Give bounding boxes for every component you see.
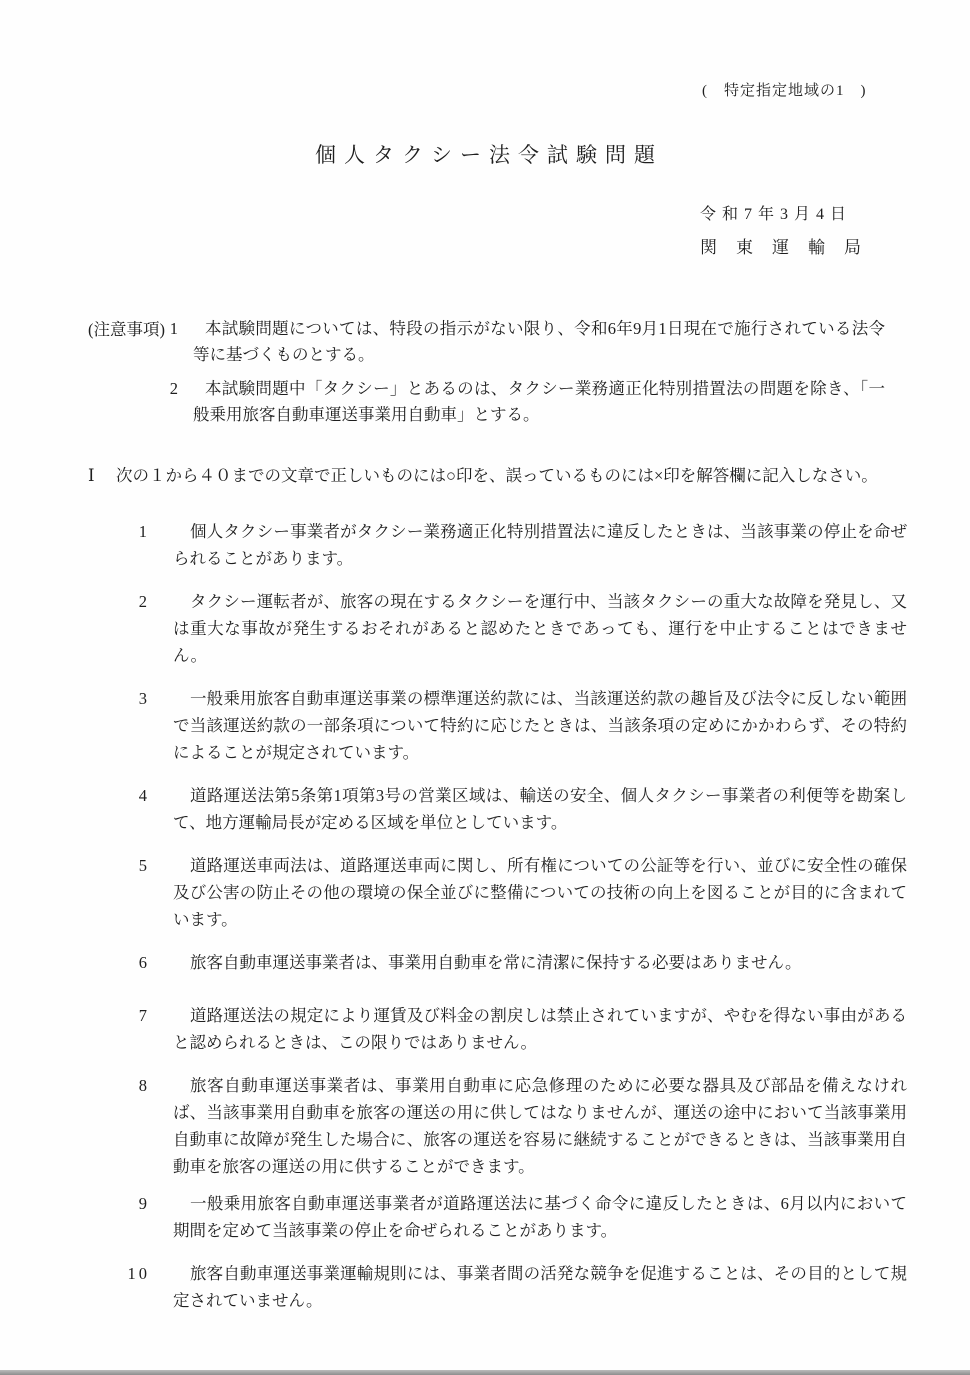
section-numeral: Ⅰ: [88, 462, 106, 489]
question-row: 6旅客自動車運送事業者は、事業用自動車を常に清潔に保持する必要はありません。: [0, 949, 970, 976]
question-text: 一般乗用旅客自動車運送事業の標準運送約款には、当該運送約款の趣旨及び法令に反しな…: [173, 685, 907, 766]
question-text: 旅客自動車運送事業者は、事業用自動車を常に清潔に保持する必要はありません。: [173, 949, 907, 976]
question-row: 7道路運送法の規定により運賃及び料金の割戻しは禁止されていますが、やむを得ない事…: [0, 1002, 970, 1056]
question-row: 1個人タクシー事業者がタクシー業務適正化特別措置法に違反したときは、当該事業の停…: [0, 518, 970, 572]
question-text: 個人タクシー事業者がタクシー業務適正化特別措置法に違反したときは、当該事業の停止…: [173, 518, 907, 572]
question-number: 3: [0, 685, 150, 766]
notice-item-text: 本試験問題については、特段の指示がない限り、令和6年9月1日現在で施行されている…: [193, 316, 885, 368]
question-row: 3一般乗用旅客自動車運送事業の標準運送約款には、当該運送約款の趣旨及び法令に反し…: [0, 685, 970, 766]
questions-list: 1個人タクシー事業者がタクシー業務適正化特別措置法に違反したときは、当該事業の停…: [0, 518, 970, 1330]
notice-item-number: 2: [88, 376, 178, 428]
question-row: 9一般乗用旅客自動車運送事業者が道路運送法に基づく命令に違反したときは、6月以内…: [0, 1190, 970, 1244]
notice-label: (注意事項): [88, 316, 165, 340]
document-page: ( 特定指定地域の1 ) 個人タクシー法令試験問題 令和7年3月4日 関東運輸局…: [0, 0, 970, 1375]
question-number: 7: [0, 1002, 150, 1056]
question-number: 8: [0, 1072, 150, 1180]
question-number: 9: [0, 1190, 150, 1244]
question-text: 旅客自動車運送事業者は、事業用自動車に応急修理のために必要な器具及び部品を備えな…: [173, 1072, 907, 1180]
question-row: 2タクシー運転者が、旅客の現在するタクシーを運行中、当該タクシーの重大な故障を発…: [0, 588, 970, 669]
notice-item: 2本試験問題中「タクシー」とあるのは、タクシー業務適正化特別措置法の問題を除き、…: [88, 376, 900, 428]
question-row: 4道路運送法第5条第1項第3号の営業区域は、輸送の安全、個人タクシー事業者の利便…: [0, 782, 970, 836]
question-number: 5: [0, 852, 150, 933]
notice-section: (注意事項) 1本試験問題については、特段の指示がない限り、令和6年9月1日現在…: [88, 316, 900, 436]
question-number: 4: [0, 782, 150, 836]
question-row: 8旅客自動車運送事業者は、事業用自動車に応急修理のために必要な器具及び部品を備え…: [0, 1072, 970, 1180]
question-text: 一般乗用旅客自動車運送事業者が道路運送法に基づく命令に違反したときは、6月以内に…: [173, 1190, 907, 1244]
notice-item: 1本試験問題については、特段の指示がない限り、令和6年9月1日現在で施行されてい…: [88, 316, 900, 368]
question-number: 1: [0, 518, 150, 572]
issuing-organization: 関東運輸局: [700, 233, 880, 258]
question-number: 10: [0, 1260, 150, 1314]
question-row: 10旅客自動車運送事業運輸規則には、事業者間の活発な競争を促進することは、その目…: [0, 1260, 970, 1314]
section-instruction-text: 次の１から４０までの文章で正しいものには○印を、誤っているものには×印を解答欄に…: [116, 462, 878, 489]
document-date: 令和7年3月4日: [700, 201, 880, 224]
question-text: 道路運送車両法は、道路運送車両に関し、所有権についての公証等を行い、並びに安全性…: [173, 852, 907, 933]
header-note: ( 特定指定地域の1 ): [702, 79, 867, 100]
notice-item-text: 本試験問題中「タクシー」とあるのは、タクシー業務適正化特別措置法の問題を除き、「…: [193, 376, 885, 428]
section-instruction: Ⅰ 次の１から４０までの文章で正しいものには○印を、誤っているものには×印を解答…: [88, 462, 908, 489]
page-bottom-edge: [0, 1370, 970, 1375]
question-text: 旅客自動車運送事業運輸規則には、事業者間の活発な競争を促進することは、その目的と…: [173, 1260, 907, 1314]
question-number: 2: [0, 588, 150, 669]
page-title: 個人タクシー法令試験問題: [0, 139, 970, 169]
question-row: 5道路運送車両法は、道路運送車両に関し、所有権についての公証等を行い、並びに安全…: [0, 852, 970, 933]
question-text: 道路運送法第5条第1項第3号の営業区域は、輸送の安全、個人タクシー事業者の利便等…: [173, 782, 907, 836]
question-number: 6: [0, 949, 150, 976]
question-text: タクシー運転者が、旅客の現在するタクシーを運行中、当該タクシーの重大な故障を発見…: [173, 588, 907, 669]
question-text: 道路運送法の規定により運賃及び料金の割戻しは禁止されていますが、やむを得ない事由…: [173, 1002, 907, 1056]
date-block: 令和7年3月4日 関東運輸局: [700, 201, 880, 258]
notice-items: 1本試験問題については、特段の指示がない限り、令和6年9月1日現在で施行されてい…: [88, 316, 900, 428]
